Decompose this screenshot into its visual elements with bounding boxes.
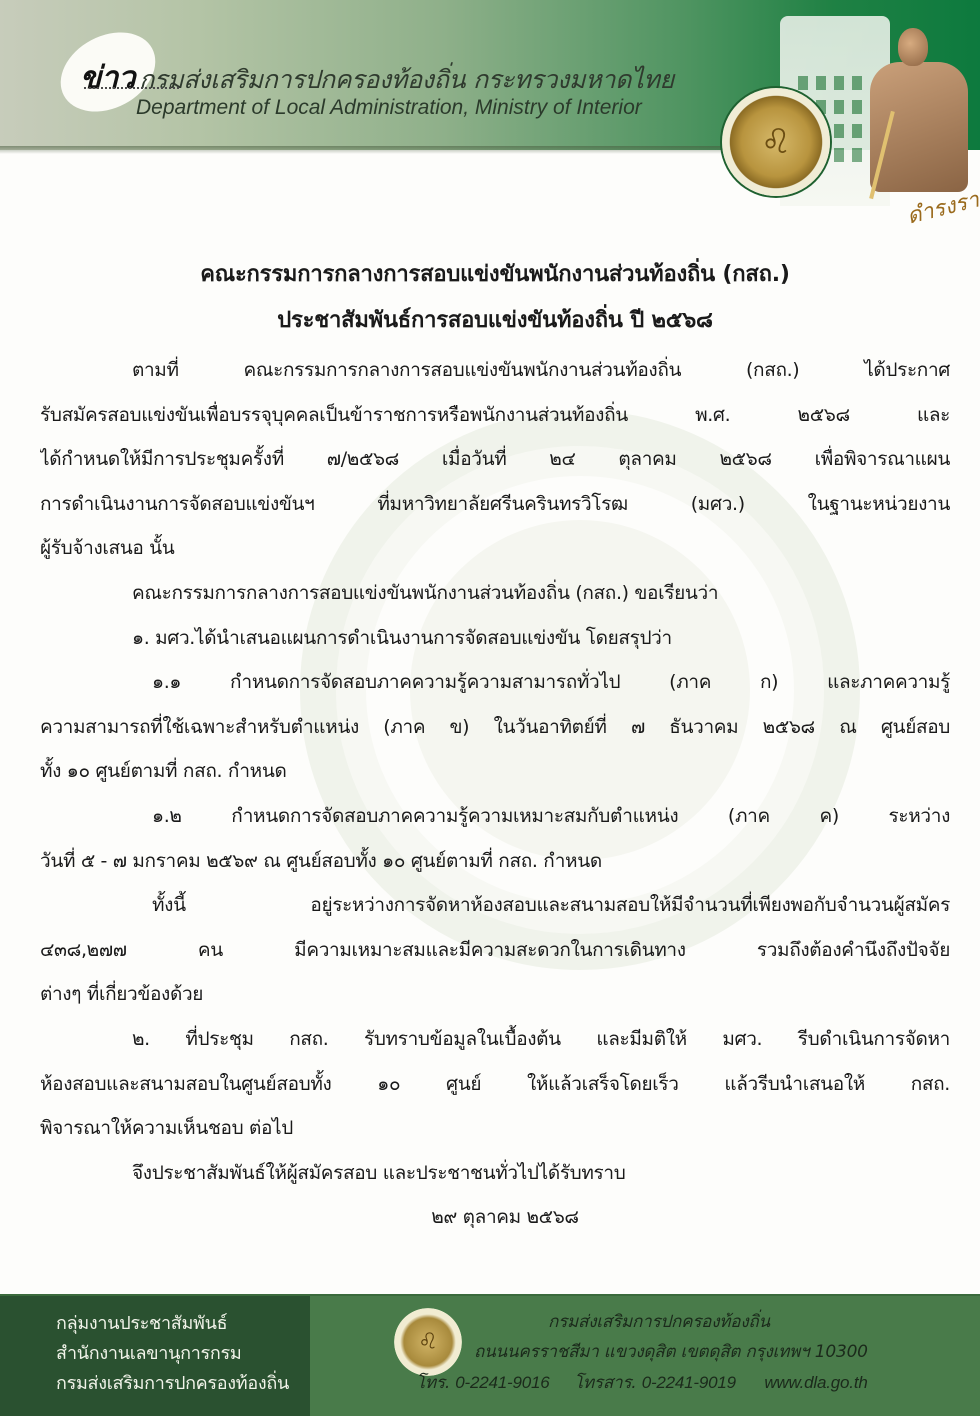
- footer-address: ถนนนครราชสีมา แขวงดุสิต เขตดุสิต กรุงเทพ…: [474, 1338, 868, 1365]
- para-line: ได้กำหนดให้มีการประชุมครั้งที่ ๗/๒๕๖๘ เม…: [40, 437, 950, 482]
- header-title-th: ข่าวกรมส่งเสริมการปกครองท้องถิ่น กระทรวง…: [80, 52, 674, 102]
- banner-shadow: [0, 146, 760, 154]
- para-line: ๑.๑ กำหนดการจัดสอบภาคความรู้ความสามารถทั…: [40, 660, 950, 705]
- footer-unit: กลุ่มงานประชาสัมพันธ์: [56, 1308, 227, 1337]
- date-text: ๒๙ ตุลาคม ๒๕๖๘: [60, 1195, 950, 1240]
- paragraph-item-1-1: ๑.๑ กำหนดการจัดสอบภาคความรู้ความสามารถทั…: [40, 660, 950, 794]
- dotted-underline: [84, 87, 179, 89]
- para-line: ห้องสอบและสนามสอบในศูนย์สอบทั้ง ๑๐ ศูนย์…: [40, 1062, 950, 1107]
- news-label: ข่าว: [80, 60, 135, 96]
- footer-seal-icon: ♌: [394, 1308, 462, 1376]
- paragraph-closing: จึงประชาสัมพันธ์ให้ผู้สมัครสอบ และประชาช…: [40, 1151, 950, 1196]
- fax-number: 0-2241-9019: [642, 1373, 736, 1392]
- paragraph-item-1: ๑. มศว.ได้นำเสนอแผนการดำเนินงานการจัดสอบ…: [40, 616, 950, 661]
- document-body: คณะกรรมการกลางการสอบแข่งขันพนักงานส่วนท้…: [40, 252, 950, 1240]
- para-line: ๔๓๘,๒๗๗ คน มีความเหมาะสมและมีความสะดวกใน…: [40, 928, 950, 973]
- footer: กลุ่มงานประชาสัมพันธ์ สำนักงานเลขานุการก…: [0, 1294, 980, 1416]
- title-line-1: คณะกรรมการกลางการสอบแข่งขันพนักงานส่วนท้…: [40, 252, 950, 298]
- para-line: ๑. มศว.ได้นำเสนอแผนการดำเนินงานการจัดสอบ…: [40, 616, 950, 661]
- footer-contact: โทร. 0-2241-9016 โทรสาร. 0-2241-9019 www…: [416, 1369, 868, 1396]
- paragraph-intro: ตามที่ คณะกรรมการกลางการสอบแข่งขันพนักงา…: [40, 348, 950, 571]
- para-line: ทั้ง ๑๐ ศูนย์ตามที่ กสถ. กำหนด: [40, 749, 950, 794]
- footer-department-block: กลุ่มงานประชาสัมพันธ์ สำนักงานเลขานุการก…: [0, 1296, 310, 1416]
- para-line: ผู้รับจ้างเสนอ นั้น: [40, 526, 950, 571]
- para-line: ความสามารถที่ใช้เฉพาะสำหรับตำแหน่ง (ภาค …: [40, 705, 950, 750]
- website-link[interactable]: www.dla.go.th: [764, 1373, 867, 1392]
- phone-label: โทร.: [416, 1373, 450, 1393]
- document-date: ๒๙ ตุลาคม ๒๕๖๘: [40, 1195, 950, 1240]
- para-line: ทั้งนี้ อยู่ระหว่างการจัดหาห้องสอบและสนา…: [40, 883, 950, 928]
- statue-head: [898, 28, 928, 66]
- para-line: ตามที่ คณะกรรมการกลางการสอบแข่งขันพนักงา…: [40, 348, 950, 393]
- para-line: วันที่ ๕ - ๗ มกราคม ๒๕๖๙ ณ ศูนย์สอบทั้ง …: [40, 839, 950, 884]
- fax-label: โทรสาร.: [574, 1373, 637, 1393]
- title-line-2: ประชาสัมพันธ์การสอบแข่งขันท้องถิ่น ปี ๒๕…: [40, 298, 950, 344]
- phone-number: 0-2241-9016: [455, 1373, 549, 1392]
- paragraph-committee: คณะกรรมการกลางการสอบแข่งขันพนักงานส่วนท้…: [40, 571, 950, 616]
- paragraph-item-2: ๒. ที่ประชุม กสถ. รับทราบข้อมูลในเบื้องต…: [40, 1017, 950, 1151]
- paragraph-note: ทั้งนี้ อยู่ระหว่างการจัดหาห้องสอบและสนา…: [40, 883, 950, 1017]
- statue-image: [870, 62, 968, 192]
- para-line: ต่างๆ ที่เกี่ยวข้องด้วย: [40, 972, 950, 1017]
- footer-department: กรมส่งเสริมการปกครองท้องถิ่น: [56, 1368, 289, 1397]
- para-line: คณะกรรมการกลางการสอบแข่งขันพนักงานส่วนท้…: [40, 571, 950, 616]
- para-line: รับสมัครสอบแข่งขันเพื่อบรรจุบุคคลเป็นข้า…: [40, 393, 950, 438]
- org-name-th: กรมส่งเสริมการปกครองท้องถิ่น กระทรวงมหาด…: [139, 65, 674, 94]
- para-line: พิจารณาให้ความเห็นชอบ ต่อไป: [40, 1106, 950, 1151]
- para-line: จึงประชาสัมพันธ์ให้ผู้สมัครสอบ และประชาช…: [40, 1151, 950, 1196]
- footer-org-name: กรมส่งเสริมการปกครองท้องถิ่น: [548, 1308, 770, 1335]
- lion-seal-icon: ♌: [722, 88, 830, 196]
- para-line: การดำเนินงานการจัดสอบแข่งขันฯ ที่มหาวิทย…: [40, 482, 950, 527]
- para-line: ๒. ที่ประชุม กสถ. รับทราบข้อมูลในเบื้องต…: [40, 1017, 950, 1062]
- footer-office: สำนักงานเลขานุการกรม: [56, 1338, 241, 1367]
- paragraph-item-1-2: ๑.๒ กำหนดการจัดสอบภาคความรู้ความเหมาะสมก…: [40, 794, 950, 883]
- org-name-en: Department of Local Administration, Mini…: [136, 96, 642, 120]
- para-line: ๑.๒ กำหนดการจัดสอบภาคความรู้ความเหมาะสมก…: [40, 794, 950, 839]
